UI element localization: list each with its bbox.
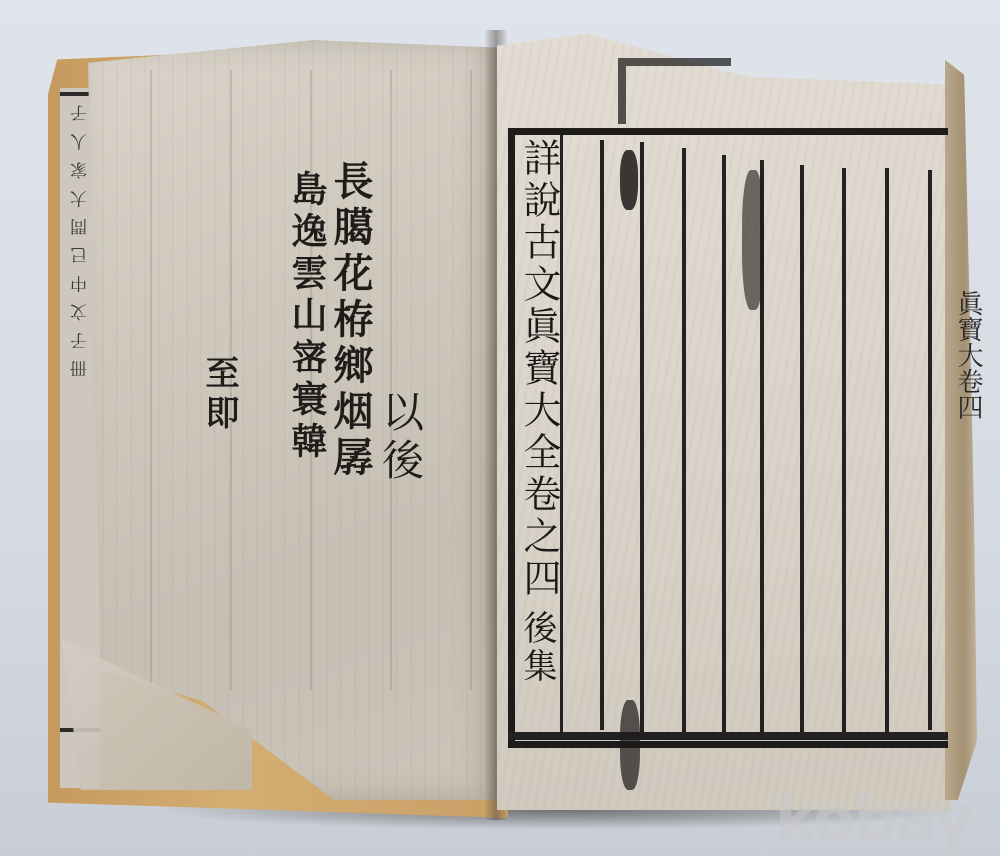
calligraphy-column-2: 島逸雲山宻寰韓 — [282, 170, 333, 464]
column-rule — [640, 142, 644, 732]
frame-bottom-rule — [508, 732, 948, 740]
page-edge-title: 眞寶大卷四 — [950, 290, 987, 420]
calligraphy-column-4: 至即 — [195, 355, 244, 435]
ink-smear — [620, 150, 638, 210]
faded-ink-seal — [618, 58, 731, 124]
column-rule — [842, 168, 846, 733]
ink-smear — [620, 700, 640, 790]
book-title: 詳說古文眞寶大全卷之四 — [516, 138, 562, 600]
ink-smear — [742, 170, 764, 310]
calligraphy-column-3: 以後 — [370, 390, 430, 486]
book-subtitle: 後集 — [516, 610, 562, 686]
printed-frame-border — [508, 128, 948, 748]
column-rule — [885, 168, 889, 733]
column-rule — [600, 140, 604, 730]
column-rule — [722, 155, 726, 735]
column-rule — [928, 170, 932, 730]
right-page-edge — [945, 60, 977, 800]
watermark-logo: kobay — [775, 782, 972, 855]
column-rule — [800, 165, 804, 735]
column-rule — [682, 148, 686, 733]
